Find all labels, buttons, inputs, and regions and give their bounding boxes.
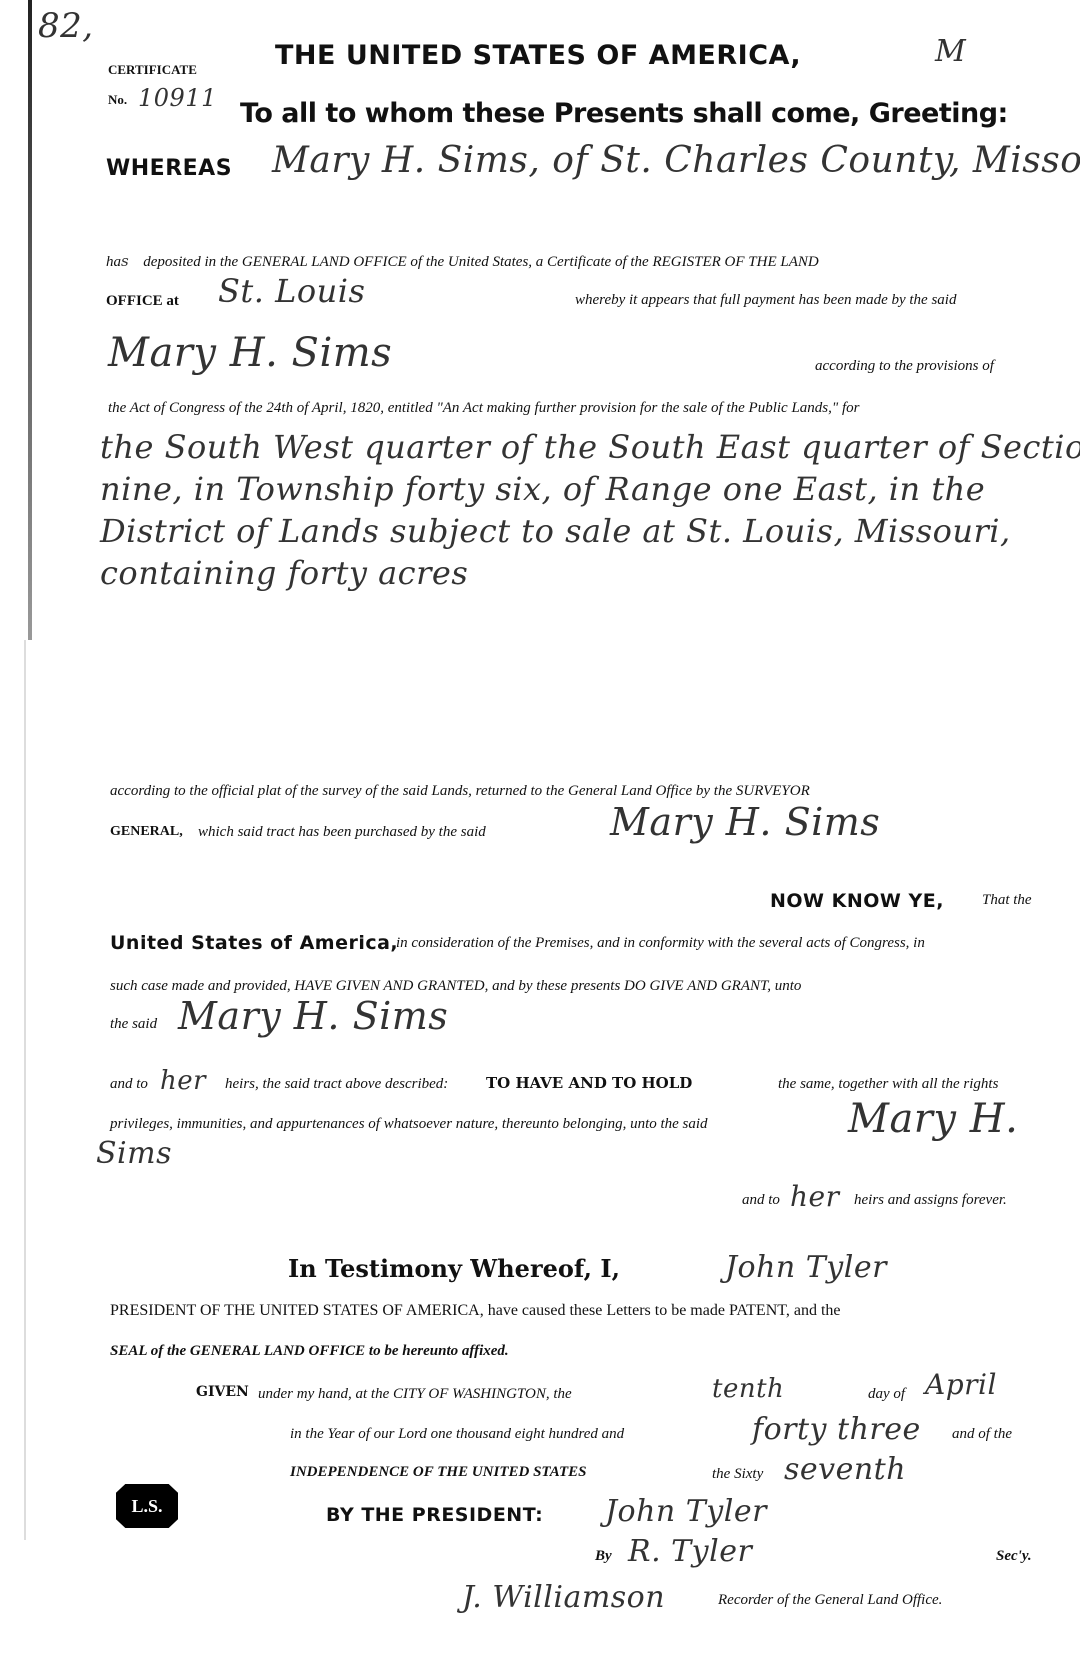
day-of: day of (868, 1386, 905, 1403)
land-description-line-1: the South West quarter of the South East… (100, 428, 1080, 466)
secretary-label: Sec'y. (996, 1548, 1032, 1565)
land-description-line-4: containing forty acres (100, 554, 468, 592)
grantee-name-part1: Mary H. (848, 1096, 1018, 1142)
page-number-note: 82, (38, 6, 94, 46)
independence-year: seventh (784, 1452, 906, 1487)
grantee-handwritten: Mary H. Sims, of St. Charles County, Mis… (272, 140, 1080, 181)
consideration-text: in consideration of the Premises, and in… (396, 935, 925, 952)
closing-text: heirs and assigns forever. (854, 1192, 1007, 1209)
certificate-number: 10911 (138, 84, 217, 112)
certificate-label: CERTIFICATE (108, 62, 197, 78)
granted-text: such case made and provided, HAVE GIVEN … (110, 978, 801, 995)
the-sixty: the Sixty (712, 1466, 763, 1483)
by-label: By (595, 1548, 612, 1565)
now-know-ye: NOW KNOW YE, (770, 890, 944, 912)
recorder-signature: J. Williamson (462, 1580, 665, 1615)
seal-line: SEAL of the GENERAL LAND OFFICE to be he… (110, 1343, 509, 1360)
given-label: GIVEN (196, 1384, 249, 1400)
day: tenth (712, 1374, 784, 1404)
given-text: under my hand, at the CITY OF WASHINGTON… (258, 1386, 572, 1403)
payment-text: whereby it appears that full payment has… (575, 292, 956, 309)
independence: INDEPENDENCE OF THE UNITED STATES (290, 1464, 586, 1481)
deposit-line: has deposited in the GENERAL LAND OFFICE… (106, 252, 1030, 271)
by-the-president-label: BY THE PRESIDENT: (326, 1504, 543, 1526)
testimony-heading: In Testimony Whereof, I, (288, 1254, 620, 1283)
together-text: the same, together with all the rights (778, 1076, 998, 1093)
privileges-text: privileges, immunities, and appurtenance… (110, 1116, 708, 1133)
purchaser-name: Mary H. Sims (610, 800, 880, 844)
office-label: OFFICE at (106, 293, 179, 310)
greeting: To all to whom these Presents shall come… (240, 98, 1008, 129)
usa-bold: United States of America, (110, 932, 398, 954)
corner-mark: M (935, 34, 966, 69)
heirs-text: heirs, the said tract above described: (225, 1076, 448, 1093)
the-said: the said (110, 1016, 157, 1033)
president-signature: John Tyler (605, 1494, 767, 1529)
provisions-text: according to the provisions of (815, 358, 994, 375)
closing-and-to: and to (742, 1192, 780, 1209)
document-title: THE UNITED STATES OF AMERICA, (275, 40, 801, 71)
payer-name: Mary H. Sims (108, 330, 392, 376)
have-and-hold: TO HAVE AND TO HOLD (486, 1074, 692, 1092)
pronoun: her (160, 1066, 206, 1096)
that-the: That the (982, 892, 1032, 909)
president-line: PRESIDENT OF THE UNITED STATES OF AMERIC… (110, 1302, 840, 1320)
and-of-the: and of the (952, 1426, 1012, 1443)
plat-text: according to the official plat of the su… (110, 783, 810, 800)
seal-ls: L.S. (116, 1484, 178, 1528)
office-location: St. Louis (218, 272, 365, 310)
land-description-line-3: District of Lands subject to sale at St.… (100, 512, 1011, 550)
purchased-text: which said tract has been purchased by t… (198, 824, 486, 841)
year-text: in the Year of our Lord one thousand eig… (290, 1426, 624, 1443)
number-label: No. (108, 92, 127, 108)
year-hand: forty three (752, 1412, 921, 1447)
page-edge (28, 0, 32, 640)
whereas-label: WHEREAS (106, 156, 232, 181)
grantee-name-part2: Sims (96, 1136, 172, 1171)
general-label: GENERAL, (110, 824, 183, 840)
closing-pronoun: her (790, 1180, 840, 1213)
recorder-label: Recorder of the General Land Office. (718, 1592, 942, 1609)
month: April (925, 1368, 997, 1401)
testimony-president-signature: John Tyler (725, 1250, 887, 1285)
page-edge-lower (24, 640, 26, 1540)
grantee-name: Mary H. Sims (178, 994, 448, 1038)
and-to: and to (110, 1076, 148, 1093)
secretary-signature: R. Tyler (628, 1534, 752, 1569)
land-description-line-2: nine, in Township forty six, of Range on… (100, 470, 985, 508)
act-text: the Act of Congress of the 24th of April… (108, 400, 859, 417)
